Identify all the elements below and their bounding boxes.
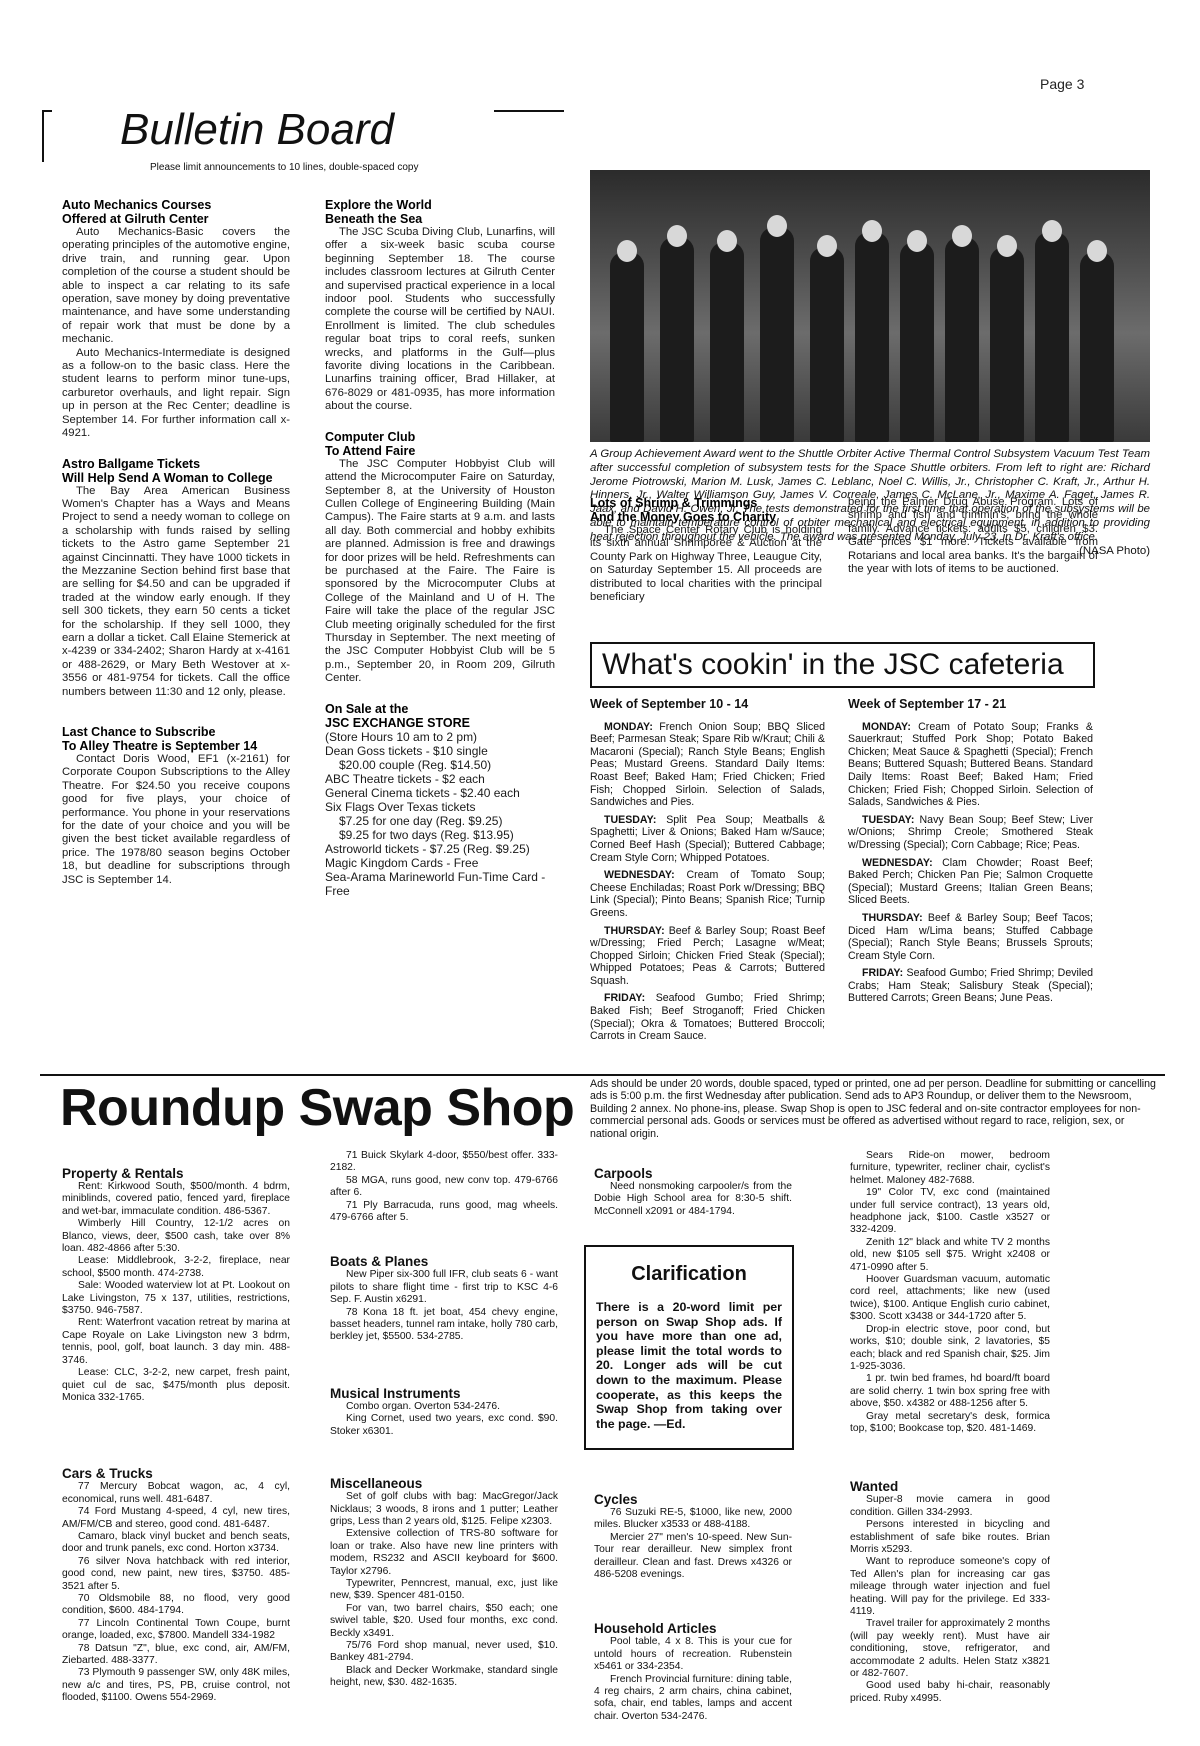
headline: Astro Ballgame Tickets <box>62 457 290 471</box>
store-line: General Cinema tickets - $2.40 each <box>325 786 555 800</box>
store-line: Magic Kingdom Cards - Free <box>325 856 555 870</box>
swap-column-4: Sears Ride-on mower, bedroom furniture, … <box>850 1150 1050 1705</box>
menu-day: WEDNESDAY: Cream of Tomato Soup; Cheese … <box>590 869 825 919</box>
headline: Will Help Send A Woman to College <box>62 471 290 485</box>
article-shrimporee-cont: being the Palmer Drug Abuse Program. Lot… <box>848 496 1098 576</box>
clarification-heading: Clarification <box>596 1263 782 1286</box>
swap-carpools: Carpools Need nonsmoking carpooler/s fro… <box>594 1166 792 1218</box>
category-heading: Musical Instruments <box>330 1386 558 1401</box>
headline: On Sale at the <box>325 702 555 716</box>
menu-day: TUESDAY: Navy Bean Soup; Beef Stew; Live… <box>848 814 1093 852</box>
clarification-text: There is a 20-word limit per person on S… <box>596 1300 782 1431</box>
article-text: The Space Center Rotary Club is holding … <box>590 524 822 604</box>
ad-item: Need nonsmoking carpooler/s from the Dob… <box>594 1181 792 1218</box>
article-text: Auto Mechanics-Basic covers the operatin… <box>62 226 290 347</box>
headline: And the Money Goes to Charity <box>590 510 822 524</box>
category-heading: Cars & Trucks <box>62 1466 290 1481</box>
store-line: Dean Goss tickets - $10 single <box>325 744 555 758</box>
category-heading: Cycles <box>594 1492 792 1507</box>
swap-column-1: Property & Rentals Rent: Kirkwood South,… <box>62 1166 290 1705</box>
article-text: being the Palmer Drug Abuse Program. Lot… <box>848 496 1098 576</box>
menu-day: THURSDAY: Beef & Barley Soup; Roast Beef… <box>590 925 825 988</box>
ad-item: Black and Decker Workmake, standard sing… <box>330 1665 558 1690</box>
bulletin-frame-right <box>494 110 564 112</box>
ad-item: 58 MGA, runs good, new conv top. 479-676… <box>330 1175 558 1200</box>
bulletin-column-1: Auto Mechanics Courses Offered at Gilrut… <box>62 198 290 887</box>
ad-item: 71 Buick Skylark 4-door, $550/best offer… <box>330 1150 558 1175</box>
category-heading: Household Articles <box>594 1621 792 1636</box>
headline: JSC EXCHANGE STORE <box>325 716 555 730</box>
bulletin-column-2: Explore the World Beneath the Sea The JS… <box>325 198 555 898</box>
ad-item: 70 Oldsmobile 88, no flood, very good co… <box>62 1593 290 1618</box>
store-line: $7.25 for one day (Reg. $9.25) <box>325 814 555 828</box>
ad-item: Extensive collection of TRS-80 software … <box>330 1528 558 1578</box>
ad-item: 78 Datsun "Z", blue, exc cond, air, AM/F… <box>62 1643 290 1668</box>
headline: To Alley Theatre is September 14 <box>62 739 290 753</box>
article-text: The JSC Scuba Diving Club, Lunarfins, wi… <box>325 226 555 414</box>
ad-item: Want to reproduce someone's copy of Ted … <box>850 1556 1050 1618</box>
ad-item: Mercier 27" men's 10-speed. New Sun-Tour… <box>594 1532 792 1582</box>
article-text: The JSC Computer Hobbyist Club will atte… <box>325 458 555 686</box>
ad-item: For van, two barrel chairs, $50 each; on… <box>330 1603 558 1640</box>
ad-item: 73 Plymouth 9 passenger SW, only 48K mil… <box>62 1667 290 1704</box>
category-heading: Miscellaneous <box>330 1476 558 1491</box>
ad-item: Set of golf clubs with bag: MacGregor/Ja… <box>330 1491 558 1528</box>
headline: Offered at Gilruth Center <box>62 212 290 226</box>
menu-day: MONDAY: French Onion Soup; BBQ Sliced Be… <box>590 721 825 809</box>
article-shrimporee: Lots of Shrimp & Trimmings And the Money… <box>590 496 822 604</box>
ad-item: 77 Mercury Bobcat wagon, ac, 4 cyl, econ… <box>62 1481 290 1506</box>
article-scuba: Explore the World Beneath the Sea The JS… <box>325 198 555 414</box>
ad-item: Wimberly Hill Country, 12-1/2 acres on B… <box>62 1218 290 1255</box>
ad-item: 74 Ford Mustang 4-speed, 4 cyl, new tire… <box>62 1506 290 1531</box>
bulletin-board-title: Bulletin Board <box>120 108 394 152</box>
menu-day: TUESDAY: Split Pea Soup; Meatballs & Spa… <box>590 814 825 864</box>
article-astro-tickets: Astro Ballgame Tickets Will Help Send A … <box>62 457 290 700</box>
ad-item: Sale: Wooded waterview lot at Pt. Lookou… <box>62 1280 290 1317</box>
ad-item: Super-8 movie camera in good condition. … <box>850 1494 1050 1519</box>
category-heading: Carpools <box>594 1166 792 1181</box>
ad-item: Camaro, black vinyl bucket and bench sea… <box>62 1531 290 1556</box>
cafeteria-week-2: Week of September 17 - 21 MONDAY: Cream … <box>848 698 1093 1010</box>
store-line: Sea-Arama Marineworld Fun-Time Card - Fr… <box>325 870 555 898</box>
swap-shop-title: Roundup Swap Shop <box>60 1082 574 1134</box>
menu-day: WEDNESDAY: Clam Chowder; Roast Beef; Bak… <box>848 857 1093 907</box>
bulletin-frame-left <box>42 110 52 162</box>
article-computer-club: Computer Club To Attend Faire The JSC Co… <box>325 430 555 686</box>
ad-item: Hoover Guardsman vacuum, automatic cord … <box>850 1274 1050 1324</box>
headline: Explore the World <box>325 198 555 212</box>
swap-shop-notice: Ads should be under 20 words, double spa… <box>590 1078 1160 1140</box>
store-line: Astroworld tickets - $7.25 (Reg. $9.25) <box>325 842 555 856</box>
ad-item: Combo organ. Overton 534-2476. <box>330 1401 558 1413</box>
ad-item: Travel trailer for approximately 2 month… <box>850 1618 1050 1680</box>
article-text: The Bay Area American Business Women's C… <box>62 485 290 700</box>
ad-item: King Cornet, used two years, exc cond. $… <box>330 1413 558 1438</box>
ad-item: 75/76 Ford shop manual, never used, $10.… <box>330 1640 558 1665</box>
article-text: Contact Doris Wood, EF1 (x-2161) for Cor… <box>62 753 290 887</box>
ad-item: Gray metal secretary's desk, formica top… <box>850 1411 1050 1436</box>
menu-day: FRIDAY: Seafood Gumbo; Fried Shrimp; Dev… <box>848 967 1093 1005</box>
cafeteria-week-1: Week of September 10 - 14 MONDAY: French… <box>590 698 825 1048</box>
store-line: $9.25 for two days (Reg. $13.95) <box>325 828 555 842</box>
menu-day: MONDAY: Cream of Potato Soup; Franks & S… <box>848 721 1093 809</box>
store-line: ABC Theatre tickets - $2 each <box>325 772 555 786</box>
ad-item: Zenith 12" black and white TV 2 months o… <box>850 1237 1050 1274</box>
headline: Beneath the Sea <box>325 212 555 226</box>
ad-item: Lease: Middlebrook, 3-2-2, fireplace, ne… <box>62 1255 290 1280</box>
article-auto-mechanics: Auto Mechanics Courses Offered at Gilrut… <box>62 198 290 441</box>
ad-item: 77 Lincoln Continental Town Coupe, burnt… <box>62 1618 290 1643</box>
ad-item: Typewriter, Penncrest, manual, exc, just… <box>330 1578 558 1603</box>
ad-item: Drop-in electric stove, poor cond, but w… <box>850 1324 1050 1374</box>
bulletin-board-subtitle: Please limit announcements to 10 lines, … <box>150 162 419 173</box>
ad-item: Rent: Kirkwood South, $500/month. 4 bdrm… <box>62 1181 290 1218</box>
headline: Auto Mechanics Courses <box>62 198 290 212</box>
page-number: Page 3 <box>1040 76 1084 92</box>
category-heading: Wanted <box>850 1479 1050 1494</box>
headline: Computer Club <box>325 430 555 444</box>
ad-item: 78 Kona 18 ft. jet boat, 454 chevy engin… <box>330 1307 558 1344</box>
swap-column-3-lower: Cycles 76 Suzuki RE-5, $1000, like new, … <box>594 1492 792 1723</box>
ad-item: 71 Ply Barracuda, runs good, mag wheels.… <box>330 1200 558 1225</box>
headline: Last Chance to Subscribe <box>62 725 290 739</box>
ad-item: 19" Color TV, exc cond (maintained under… <box>850 1187 1050 1237</box>
category-heading: Property & Rentals <box>62 1166 290 1181</box>
ad-item: 1 pr. twin bed frames, hd board/ft board… <box>850 1373 1050 1410</box>
ad-item: 76 silver Nova hatchback with red interi… <box>62 1556 290 1593</box>
ad-item: 76 Suzuki RE-5, $1000, like new, 2000 mi… <box>594 1507 792 1532</box>
store-line: (Store Hours 10 am to 2 pm) <box>325 730 555 744</box>
section-divider <box>40 1074 1165 1076</box>
ad-item: New Piper six-300 full IFR, club seats 6… <box>330 1269 558 1306</box>
menu-day: THURSDAY: Beef & Barley Soup; Beef Tacos… <box>848 912 1093 962</box>
article-exchange-store: On Sale at the JSC EXCHANGE STORE (Store… <box>325 702 555 898</box>
store-line: Six Flags Over Texas tickets <box>325 800 555 814</box>
menu-day: FRIDAY: Seafood Gumbo; Fried Shrimp; Bak… <box>590 992 825 1042</box>
article-alley-theatre: Last Chance to Subscribe To Alley Theatr… <box>62 725 290 887</box>
ad-item: Persons interested in bicycling and esta… <box>850 1519 1050 1556</box>
ad-item: French Provincial furniture: dining tabl… <box>594 1674 792 1724</box>
article-text: Auto Mechanics-Intermediate is designed … <box>62 347 290 441</box>
ad-item: Lease: CLC, 3-2-2, new carpet, fresh pai… <box>62 1367 290 1404</box>
week-heading: Week of September 10 - 14 <box>590 698 825 711</box>
swap-column-2: 71 Buick Skylark 4-door, $550/best offer… <box>330 1150 558 1690</box>
award-photo <box>590 170 1150 442</box>
clarification-box: Clarification There is a 20-word limit p… <box>584 1245 794 1450</box>
ad-item: Sears Ride-on mower, bedroom furniture, … <box>850 1150 1050 1187</box>
week-heading: Week of September 17 - 21 <box>848 698 1093 711</box>
ad-item: Rent: Waterfront vacation retreat by mar… <box>62 1317 290 1367</box>
ad-item: Good used baby hi-chair, reasonably pric… <box>850 1680 1050 1705</box>
headline: To Attend Faire <box>325 444 555 458</box>
cafeteria-title-box: What's cookin' in the JSC cafeteria <box>590 642 1095 688</box>
category-heading: Boats & Planes <box>330 1254 558 1269</box>
store-line: $20.00 couple (Reg. $14.50) <box>325 758 555 772</box>
headline: Lots of Shrimp & Trimmings <box>590 496 822 510</box>
ad-item: Pool table, 4 x 8. This is your cue for … <box>594 1636 792 1673</box>
